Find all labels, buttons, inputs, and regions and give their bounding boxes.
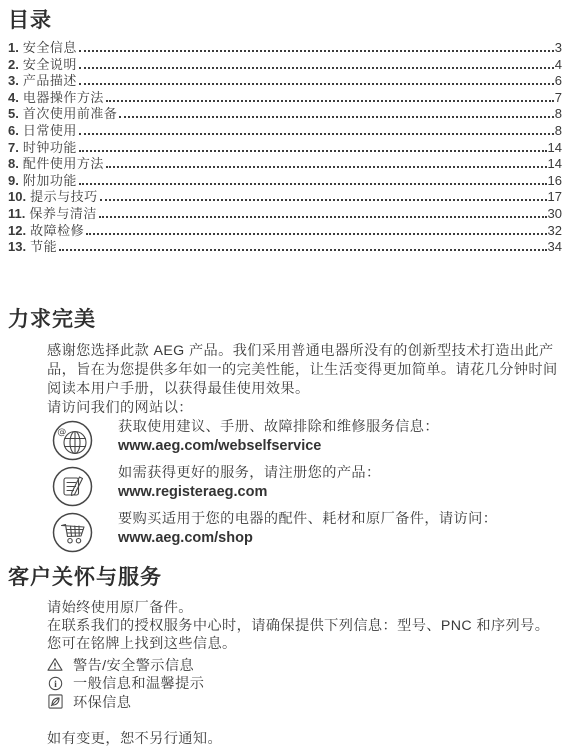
toc-item[interactable]: 3. 产品描述 6 xyxy=(8,73,562,90)
dot-leader xyxy=(59,249,546,251)
toc-item-label: 日常使用 xyxy=(23,123,77,140)
toc-item-page: 30 xyxy=(548,206,562,223)
toc-item[interactable]: 2. 安全说明 4 xyxy=(8,57,562,74)
dot-leader xyxy=(79,83,554,85)
resource-url[interactable]: www.aeg.com/shop xyxy=(118,529,497,548)
resource-text: 获取使用建议、手册、故障排除和维修服务信息： www.aeg.com/webse… xyxy=(118,418,439,456)
toc-item-label: 安全说明 xyxy=(23,57,77,74)
toc-item-page: 8 xyxy=(555,106,562,123)
globe-at-icon: @ xyxy=(52,420,93,461)
toc-item-label: 节能 xyxy=(30,239,57,256)
legend-label: 环保信息 xyxy=(73,692,131,712)
warning-triangle-icon xyxy=(47,657,63,673)
change-notice: 如有变更，恕不另行通知。 xyxy=(47,728,561,748)
dot-leader xyxy=(79,150,547,152)
toc-item-page: 34 xyxy=(548,239,562,256)
toc-item-label: 附加功能 xyxy=(23,173,77,190)
toc-item-label: 首次使用前准备 xyxy=(23,106,118,123)
shopping-cart-icon xyxy=(52,512,93,553)
symbol-legend: 警告/安全警示信息 i 一般信息和温馨提示 环保信息 xyxy=(47,656,561,712)
toc-item-label: 配件使用方法 xyxy=(23,156,104,173)
resource-register: 如需获得更好的服务，请注册您的产品： www.registeraeg.com xyxy=(52,464,571,510)
toc-item-label: 提示与技巧 xyxy=(30,189,98,206)
dot-leader xyxy=(79,133,554,135)
legend-label: 一般信息和温馨提示 xyxy=(73,673,204,693)
toc-item[interactable]: 9. 附加功能 16 xyxy=(8,173,562,190)
care-line: 您可在铭牌上找到这些信息。 xyxy=(47,635,561,653)
toc-item[interactable]: 8. 配件使用方法 14 xyxy=(8,156,562,173)
toc-item[interactable]: 6. 日常使用 8 xyxy=(8,123,562,140)
resource-url[interactable]: www.aeg.com/webselfservice xyxy=(118,437,439,456)
resource-label: 获取使用建议、手册、故障排除和维修服务信息： xyxy=(118,418,439,437)
resource-shop: 要购买适用于您的电器的配件、耗材和原厂备件，请访问： www.aeg.com/s… xyxy=(52,510,571,556)
resource-text: 如需获得更好的服务，请注册您的产品： www.registeraeg.com xyxy=(118,464,381,502)
resource-url[interactable]: www.registeraeg.com xyxy=(118,483,381,502)
dot-leader xyxy=(79,50,554,52)
toc-item-number: 8. xyxy=(8,156,19,173)
legend-item-info: i 一般信息和温馨提示 xyxy=(47,674,561,693)
resource-label: 如需获得更好的服务，请注册您的产品： xyxy=(118,464,381,483)
toc-item[interactable]: 4. 电器操作方法 7 xyxy=(8,90,562,107)
toc-item-label: 时钟功能 xyxy=(23,140,77,157)
toc-item-page: 6 xyxy=(555,73,562,90)
customer-care-text: 请始终使用原厂备件。 在联系我们的授权服务中心时，请确保提供下列信息：型号、PN… xyxy=(47,599,561,653)
toc-item[interactable]: 10. 提示与技巧 17 xyxy=(8,189,562,206)
toc-item[interactable]: 11. 保养与清洁 30 xyxy=(8,206,562,223)
svg-text:i: i xyxy=(54,679,57,690)
customer-care-title: 客户关怀与服务 xyxy=(0,564,571,591)
toc-item[interactable]: 13. 节能 34 xyxy=(8,239,562,256)
legend-item-eco: 环保信息 xyxy=(47,693,561,712)
toc-item-number: 3. xyxy=(8,73,19,90)
eco-leaf-icon xyxy=(47,694,63,710)
toc-item-label: 故障检修 xyxy=(30,223,84,240)
toc-item-number: 4. xyxy=(8,90,19,107)
toc-item-label: 保养与清洁 xyxy=(29,206,97,223)
dot-leader xyxy=(79,183,547,185)
toc-item-label: 产品描述 xyxy=(23,73,77,90)
table-of-contents: 1. 安全信息 3 2. 安全说明 4 3. 产品描述 6 4. 电器操作方法 … xyxy=(8,40,562,256)
perfection-intro: 感谢您选择此款 AEG 产品。我们采用普通电器所没有的创新型技术打造出此产品，旨… xyxy=(47,342,561,418)
toc-item-number: 10. xyxy=(8,189,26,206)
toc-item-number: 11. xyxy=(8,206,25,223)
perfection-title: 力求完美 xyxy=(0,306,571,333)
dot-leader xyxy=(100,199,547,201)
toc-item-number: 2. xyxy=(8,57,19,74)
resource-label: 要购买适用于您的电器的配件、耗材和原厂备件，请访问： xyxy=(118,510,497,529)
dot-leader xyxy=(86,233,546,235)
manual-page: 目录 1. 安全信息 3 2. 安全说明 4 3. 产品描述 6 4. 电器操作… xyxy=(0,0,571,749)
care-line: 请始终使用原厂备件。 xyxy=(47,599,561,617)
visit-website-line: 请访问我们的网站以： xyxy=(47,400,193,416)
toc-item-page: 32 xyxy=(548,223,562,240)
toc-title: 目录 xyxy=(0,0,571,34)
care-line: 在联系我们的授权服务中心时，请确保提供下列信息：型号、PNC 和序列号。 xyxy=(47,617,561,635)
dot-leader xyxy=(99,216,547,218)
register-note-icon xyxy=(52,466,93,507)
toc-item[interactable]: 12. 故障检修 32 xyxy=(8,223,562,240)
toc-item-page: 14 xyxy=(548,156,562,173)
resource-text: 要购买适用于您的电器的配件、耗材和原厂备件，请访问： www.aeg.com/s… xyxy=(118,510,497,548)
toc-item-page: 8 xyxy=(555,123,562,140)
toc-item-number: 13. xyxy=(8,239,26,256)
legend-label: 警告/安全警示信息 xyxy=(73,655,194,675)
toc-item-page: 3 xyxy=(555,40,562,57)
toc-item-number: 1. xyxy=(8,40,19,57)
dot-leader xyxy=(119,116,553,118)
toc-item-page: 7 xyxy=(555,90,562,107)
legend-item-warning: 警告/安全警示信息 xyxy=(47,656,561,675)
info-circle-icon: i xyxy=(47,675,63,691)
toc-item-number: 9. xyxy=(8,173,19,190)
toc-item[interactable]: 7. 时钟功能 14 xyxy=(8,140,562,157)
resource-webselfservice: @ 获取使用建议、手册、故障排除和维修服务信息： www.aeg.com/web… xyxy=(52,418,571,464)
svg-text:@: @ xyxy=(57,427,66,437)
toc-item-page: 4 xyxy=(555,57,562,74)
dot-leader xyxy=(79,67,554,69)
toc-item-number: 5. xyxy=(8,106,19,123)
toc-item-number: 6. xyxy=(8,123,19,140)
intro-text: 感谢您选择此款 AEG 产品。我们采用普通电器所没有的创新型技术打造出此产品，旨… xyxy=(47,343,558,397)
toc-item-label: 安全信息 xyxy=(23,40,77,57)
dot-leader xyxy=(106,166,547,168)
toc-item-page: 14 xyxy=(548,140,562,157)
toc-item-label: 电器操作方法 xyxy=(23,90,104,107)
toc-item-page: 17 xyxy=(548,189,562,206)
toc-item[interactable]: 1. 安全信息 3 xyxy=(8,40,562,57)
toc-item-page: 16 xyxy=(548,173,562,190)
toc-item-number: 7. xyxy=(8,140,19,157)
dot-leader xyxy=(106,100,554,102)
toc-item[interactable]: 5. 首次使用前准备 8 xyxy=(8,106,562,123)
toc-item-number: 12. xyxy=(8,223,26,240)
